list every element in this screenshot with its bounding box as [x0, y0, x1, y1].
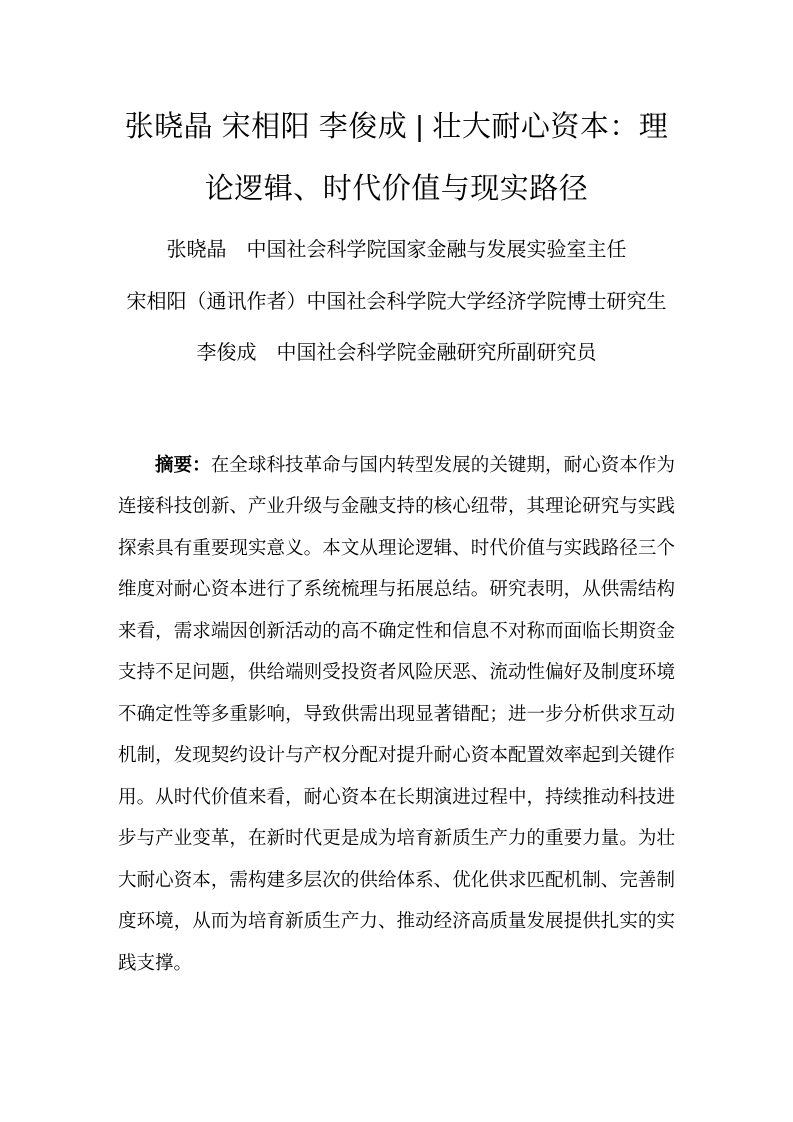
author-line-1: 张晓晶 中国社会科学院国家金融与发展实验室主任: [118, 225, 675, 277]
author-block: 张晓晶 中国社会科学院国家金融与发展实验室主任 宋相阳（通讯作者）中国社会科学院…: [118, 225, 675, 380]
abstract-paragraph: 摘要：在全球科技革命与国内转型发展的关键期，耐心资本作为连接科技创新、产业升级与…: [118, 444, 675, 984]
document-page: 张晓晶 宋相阳 李俊成 | 壮大耐心资本：理论逻辑、时代价值与现实路径 张晓晶 …: [0, 0, 793, 1122]
author-line-3: 李俊成 中国社会科学院金融研究所副研究员: [118, 328, 675, 380]
author-line-2: 宋相阳（通讯作者）中国社会科学院大学经济学院博士研究生: [118, 277, 675, 329]
document-title: 张晓晶 宋相阳 李俊成 | 壮大耐心资本：理论逻辑、时代价值与现实路径: [118, 96, 675, 220]
abstract-text: 在全球科技革命与国内转型发展的关键期，耐心资本作为连接科技创新、产业升级与金融支…: [118, 454, 675, 973]
abstract-label: 摘要：: [155, 454, 211, 475]
